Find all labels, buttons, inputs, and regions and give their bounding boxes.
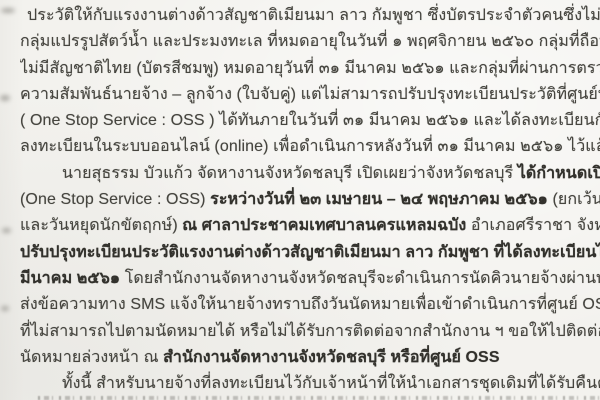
text-segment-bold: ระหว่างวันที่ ๒๓ เมษายน – ๒๔ พฤษภาคม ๒๕๖… bbox=[210, 191, 552, 208]
text-line-8: (One Stop Service : OSS) ระหว่างวันที่ ๒… bbox=[20, 187, 600, 213]
text-line-9: และวันหยุดนักขัตฤกษ์) ณ ศาลาประชาคมเทศบา… bbox=[20, 213, 600, 239]
document-text-block: ประวัติให้กับแรงงานต่างด้าวสัญชาติเมียนม… bbox=[0, 3, 600, 400]
text-segment-bold: ณ ศาลาประชาคมเทศบาลนครแหลมฉบัง bbox=[182, 217, 471, 234]
text-line-2: กลุ่มแปรรูปสัตว์น้ำ และประมงทะเล ที่หมดอ… bbox=[20, 29, 600, 55]
text-line-3: ไม่มีสัญชาติไทย (บัตรสีชมพู) หมดอายุวันท… bbox=[20, 56, 600, 82]
text-segment-bold: มีนาคม ๒๕๖๑ bbox=[20, 270, 125, 287]
text-segment: นายสุธรรม บัวแก้ว จัดหางานจังหวัดชลบุรี … bbox=[62, 165, 518, 182]
text-segment: (ยกเว้นวันเสาร์ bbox=[552, 191, 600, 208]
text-segment: ส่งข้อความทาง SMS แจ้งให้นายจ้างทราบถึงว… bbox=[20, 296, 600, 313]
text-line-4: ความสัมพันธ์นายจ้าง – ลูกจ้าง (ใบจับคู่)… bbox=[20, 82, 600, 108]
text-line-1: ประวัติให้กับแรงงานต่างด้าวสัญชาติเมียนม… bbox=[20, 3, 600, 29]
cutoff-text-line bbox=[38, 396, 600, 400]
text-segment: อำเภอศรีราชา จังหวัดชลบุรี เพื่อดำ bbox=[471, 217, 600, 234]
text-segment: ( One Stop Service : OSS ) ได้ทันภายในวั… bbox=[20, 112, 600, 129]
text-segment: ทั้งนี้ สำหรับนายจ้างที่ลงทะเบียนไว้กับเ… bbox=[62, 375, 600, 392]
text-line-12: ส่งข้อความทาง SMS แจ้งให้นายจ้างทราบถึงว… bbox=[20, 292, 600, 318]
text-line-5: ( One Stop Service : OSS ) ได้ทันภายในวั… bbox=[20, 108, 600, 134]
text-segment: โดยสำนักงานจัดหางานจังหวัดชลบุรีจะดำเนิน… bbox=[125, 270, 600, 287]
text-segment: ความสัมพันธ์นายจ้าง – ลูกจ้าง (ใบจับคู่)… bbox=[20, 86, 600, 103]
text-segment: ลงทะเบียนในระบบออนไลน์ (online) เพื่อดำเ… bbox=[20, 138, 600, 155]
text-line-10: ปรับปรุงทะเบียนประวัติแรงงานต่างด้าวสัญช… bbox=[20, 240, 600, 266]
text-segment-bold: สำนักงานจัดหางานจังหวัดชลบุรี หรือที่ศูน… bbox=[163, 349, 500, 366]
text-segment-bold: ปรับปรุงทะเบียนประวัติแรงงานต่างด้าวสัญช… bbox=[20, 244, 600, 261]
text-segment: นัดหมายล่วงหน้า ณ bbox=[20, 349, 163, 366]
text-segment: ไม่มีสัญชาติไทย (บัตรสีชมพู) หมดอายุวันท… bbox=[20, 60, 600, 77]
text-segment: และวันหยุดนักขัตฤกษ์) bbox=[20, 217, 182, 234]
text-line-11: มีนาคม ๒๕๖๑ โดยสำนักงานจัดหางานจังหวัดชล… bbox=[20, 266, 600, 292]
text-segment: (One Stop Service : OSS) bbox=[20, 191, 210, 208]
text-line-7: นายสุธรรม บัวแก้ว จัดหางานจังหวัดชลบุรี … bbox=[20, 161, 600, 187]
text-line-6: ลงทะเบียนในระบบออนไลน์ (online) เพื่อดำเ… bbox=[20, 134, 600, 160]
text-segment-bold: ได้กำหนดเปิดศูนย์บริการ bbox=[518, 165, 600, 182]
text-segment: กลุ่มแปรรูปสัตว์น้ำ และประมงทะเล ที่หมดอ… bbox=[20, 33, 600, 50]
text-segment: ประวัติให้กับแรงงานต่างด้าวสัญชาติเมียนม… bbox=[27, 7, 600, 24]
text-line-15: ทั้งนี้ สำหรับนายจ้างที่ลงทะเบียนไว้กับเ… bbox=[20, 371, 600, 397]
text-line-14: นัดหมายล่วงหน้า ณ สำนักงานจัดหางานจังหวั… bbox=[20, 345, 600, 371]
text-segment: ที่ไม่สามารถไปตามนัดหมายได้ หรือไม่ได้รั… bbox=[20, 323, 600, 340]
text-line-13: ที่ไม่สามารถไปตามนัดหมายได้ หรือไม่ได้รั… bbox=[20, 319, 600, 345]
document-page: ประวัติให้กับแรงงานต่างด้าวสัญชาติเมียนม… bbox=[0, 0, 600, 400]
